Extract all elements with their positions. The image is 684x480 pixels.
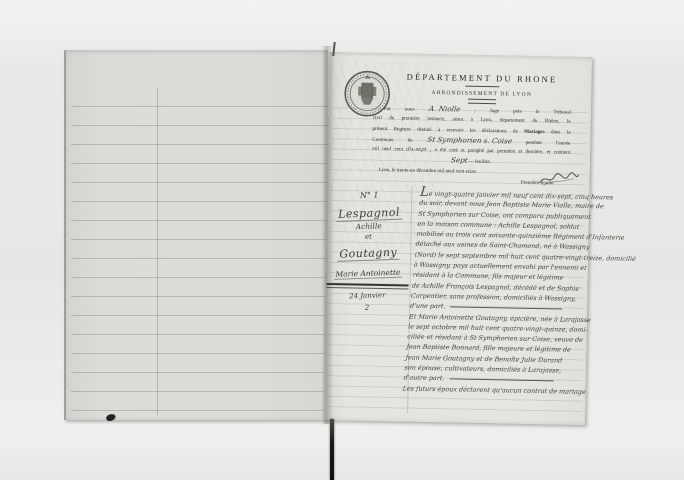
folio-number: 2	[326, 302, 408, 313]
left-blank-page	[66, 50, 328, 420]
groom-surname: Lespagnol	[336, 206, 402, 222]
page-header: DÉPARTEMENT DU RHONE ARRONDISSEMENT DE L…	[384, 71, 580, 106]
scanned-register-spread: DÉPARTEMENT DU RHONE ARRONDISSEMENT DE L…	[0, 0, 684, 480]
commune-label: Commune de	[372, 137, 412, 144]
department-title: DÉPARTEMENT DU RHONE	[384, 71, 579, 85]
groom-firstname: Achille	[328, 220, 410, 232]
register-page: DÉPARTEMENT DU RHONE ARRONDISSEMENT DE L…	[323, 52, 592, 425]
closing-rule	[449, 378, 553, 381]
par-nous-label: Par nous	[384, 106, 415, 113]
line5-pre: mil neuf cent	[372, 146, 403, 153]
printed-form: Par nous A. Niolle , Juge près le Tribun…	[371, 103, 571, 189]
handwritten-act: Le vingt-quatre janvier mil neuf cent di…	[402, 188, 592, 397]
margin-separator	[326, 283, 408, 290]
subtitle-rule	[468, 99, 496, 105]
binding-bottom-edge	[330, 419, 334, 480]
mariages-label: Mariages	[524, 128, 544, 134]
line3-post: dans la	[551, 129, 571, 135]
act-number: N° 1	[328, 189, 410, 201]
feuilles-label: — feuilles.	[469, 159, 492, 165]
ruled-lines	[71, 88, 328, 415]
line3-pre: présent Registre destiné à recevoir les …	[372, 125, 517, 134]
margin-date: 24 Janvier	[326, 290, 408, 301]
dautre-part: d'autre part.	[403, 374, 444, 383]
arrondissement-subtitle: ARRONDISSEMENT DE LYON	[384, 89, 579, 99]
binding-spine-shadow	[322, 46, 334, 424]
sheet-count-handwritten: Sept	[450, 156, 468, 167]
judge-name-handwritten: A. Niolle	[428, 104, 461, 115]
line4-post: pendant l'année	[526, 140, 571, 147]
bride-firstname: Marie Antoinette	[333, 268, 402, 280]
closing-rule	[450, 306, 562, 309]
year-handwritten: dix-sept	[406, 145, 428, 156]
commune-handwritten: St Symphorien s. Coise	[426, 135, 512, 147]
header-rule	[465, 86, 499, 88]
dune-part: d'une part.	[410, 302, 446, 311]
margin-rule	[157, 88, 158, 415]
paraph-signature	[537, 171, 579, 188]
margin-notes: N° 1 Lespagnol Achille et Goutagny Marie…	[326, 190, 410, 313]
